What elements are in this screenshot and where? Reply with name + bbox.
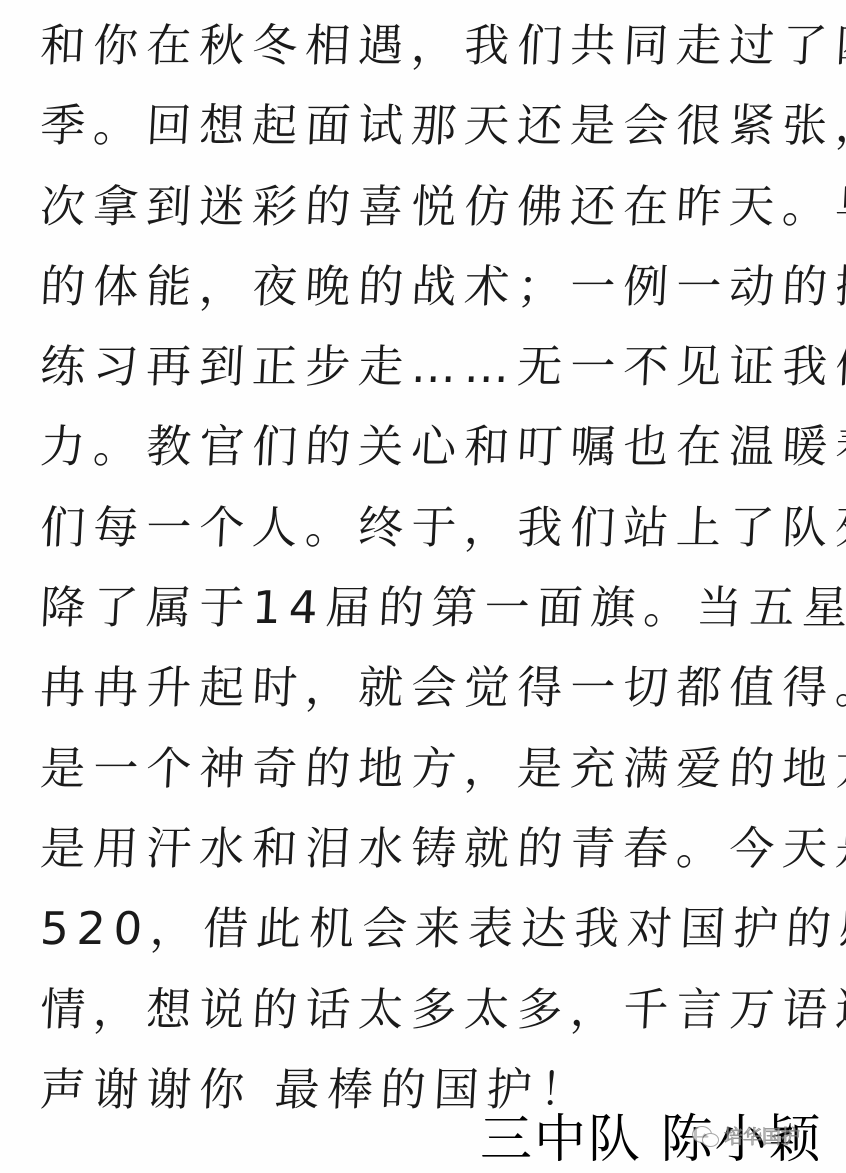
letter-line-13: 情，想说的话太多太多，千言万语道一 <box>38 976 812 1056</box>
watermark: 培华国护 <box>692 1122 800 1149</box>
letter-line-9: 冉冉升起时，就会觉得一切都值得。这 <box>38 654 812 734</box>
handwritten-letter: 和你在秋冬相遇，我们共同走过了四 季。回想起面试那天还是会很紧张，初 次拿到迷彩… <box>40 12 810 1136</box>
letter-line-11: 是用汗水和泪水铸就的青春。今天是 <box>38 815 812 895</box>
watermark-text: 培华国护 <box>724 1122 800 1149</box>
letter-line-12: 520，借此机会来表达我对国护的感 <box>38 895 812 975</box>
letter-line-8: 降了属于14届的第一面旗。当五星红旗 <box>38 574 812 654</box>
letter-line-6: 力。教官们的关心和叮嘱也在温暖着我 <box>38 413 812 493</box>
letter-line-4: 的体能，夜晚的战术；一例一动的摆臂 <box>38 253 812 333</box>
letter-line-1: 和你在秋冬相遇，我们共同走过了四 <box>38 12 812 92</box>
letter-line-5: 练习再到正步走……无一不见证我们的努 <box>38 333 812 413</box>
wechat-icon <box>692 1124 720 1148</box>
letter-line-10: 是一个神奇的地方，是充满爱的地方， <box>38 735 812 815</box>
letter-line-2: 季。回想起面试那天还是会很紧张，初 <box>38 92 812 172</box>
letter-page: 和你在秋冬相遇，我们共同走过了四 季。回想起面试那天还是会很紧张，初 次拿到迷彩… <box>0 0 846 1173</box>
letter-line-3: 次拿到迷彩的喜悦仿佛还在昨天。早晨 <box>38 173 812 253</box>
letter-line-7: 们每一个人。终于，我们站上了队列， <box>38 494 812 574</box>
